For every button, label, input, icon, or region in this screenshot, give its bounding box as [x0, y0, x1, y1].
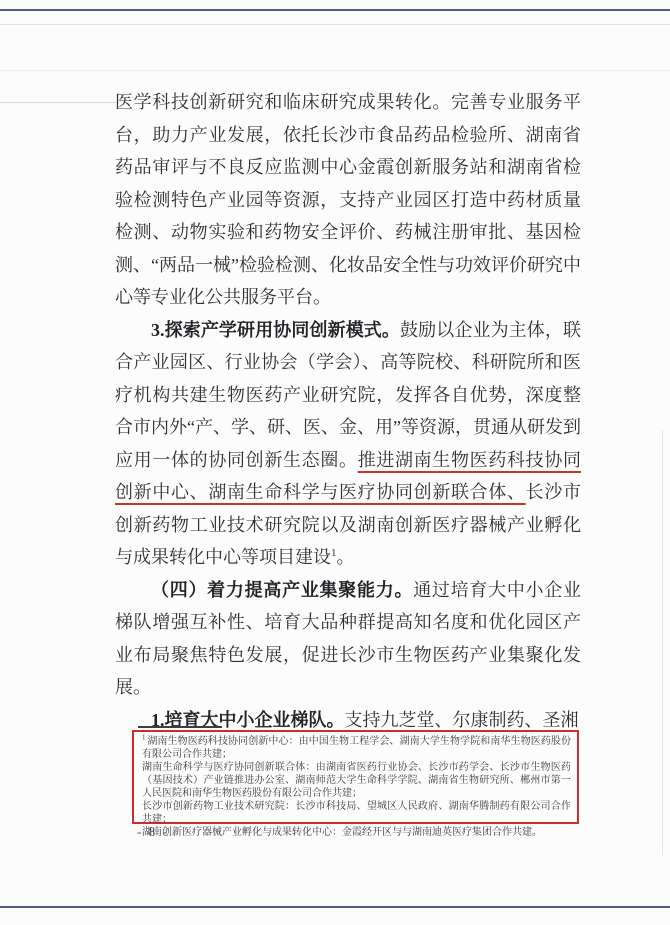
footnote-text: 湖南创新医疗器械产业孵化与成果转化中心：金霞经开区与与湖南迪英医疗集团合作共建。	[142, 827, 542, 838]
footnote-box: 1 湖南生物医药科技协同创新中心：由中国生物工程学会、湖南大学生物学院和南华生物…	[132, 730, 579, 824]
footnote-text: 长沙市创新药物工业技术研究院：长沙市科技局、望城区人民政府、湖南华腾制药有限公司…	[142, 801, 571, 825]
page-number: - 8 -	[137, 824, 169, 840]
footnote: 1 湖南生物医药科技协同创新中心：由中国生物工程学会、湖南大学生物学院和南华生物…	[142, 735, 571, 761]
text-segment: 3.探索产学研用协同创新模式。	[151, 320, 400, 340]
scan-artifact-line	[0, 70, 670, 71]
footnote: 湖南生命科学与医疗协同创新联合体：由湖南省医药行业协会、长沙市药学会、长沙市生物…	[142, 761, 571, 800]
footnote-text: 湖南生物医药科技协同创新中心：由中国生物工程学会、湖南大学生物学院和南华生物医药…	[142, 736, 571, 760]
text-segment: 鼓励以企业为主体，联合产业园区、行业协会（学会）、高等院校、科研院所和医疗机构共…	[115, 320, 581, 470]
footnote: 长沙市创新药物工业技术研究院：长沙市科技局、望城区人民政府、湖南华腾制药有限公司…	[142, 800, 571, 826]
scan-edge-line-bottom	[0, 906, 670, 908]
paragraph: 3.探索产学研用协同创新模式。鼓励以企业为主体，联合产业园区、行业协会（学会）、…	[115, 314, 581, 574]
scan-artifact-line-vertical	[662, 430, 663, 855]
scan-artifact-line	[0, 24, 670, 25]
text-segment: （四）着力提高产业集聚能力。	[151, 580, 413, 600]
scan-edge-line-top	[0, 9, 670, 11]
footnote-separator-rule	[138, 726, 222, 728]
footnote: 湖南创新医疗器械产业孵化与成果转化中心：金霞经开区与与湖南迪英医疗集团合作共建。	[142, 826, 571, 839]
text-segment: 。	[337, 547, 355, 567]
paragraph: （四）着力提高产业集聚能力。通过培育大中小企业梯队增强互补性、培育大品种群提高知…	[115, 574, 581, 704]
scan-artifact-line	[0, 102, 117, 103]
footnote-text: 湖南生命科学与医疗协同创新联合体：由湖南省医药行业协会、长沙市药学会、长沙市生物…	[142, 762, 571, 799]
scanned-document-page: 医学科技创新研究和临床研究成果转化。完善专业服务平台，助力产业发展，依托长沙市食…	[0, 0, 670, 925]
paragraph: 医学科技创新研究和临床研究成果转化。完善专业服务平台，助力产业发展，依托长沙市食…	[115, 86, 581, 314]
text-segment: 支持九芝堂、尔康制药、圣湘	[345, 710, 579, 730]
text-segment: 医学科技创新研究和临床研究成果转化。完善专业服务平台，助力产业发展，依托长沙市食…	[115, 92, 581, 307]
body-text: 医学科技创新研究和临床研究成果转化。完善专业服务平台，助力产业发展，依托长沙市食…	[115, 86, 581, 736]
